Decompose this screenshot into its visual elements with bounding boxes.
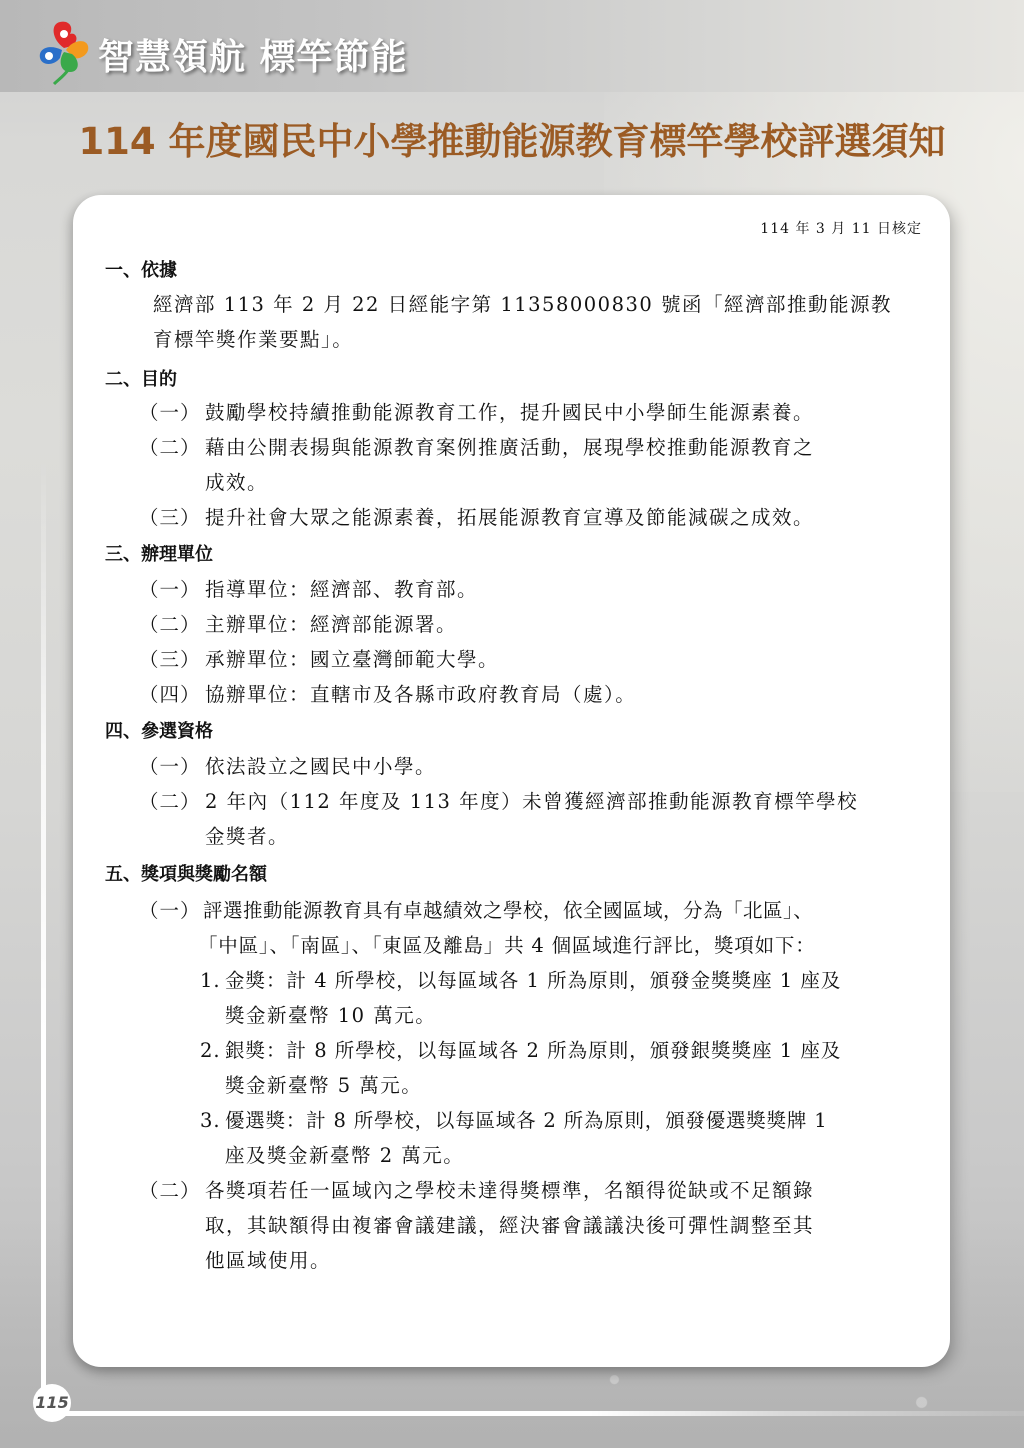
four-leaf-clover-logo-icon bbox=[34, 18, 94, 86]
award-number: 1. bbox=[200, 968, 221, 994]
item-text: 「中區」、「南區」、「東區及離島」共 4 個區域進行評比，獎項如下： bbox=[198, 933, 816, 959]
decorative-vertical-line bbox=[41, 460, 46, 1415]
item-label: （一） bbox=[139, 754, 201, 780]
page-title: 114 年度國民中小學推動能源教育標竿學校評選須知 bbox=[0, 116, 1024, 168]
award-text: 座及獎金新臺幣 2 萬元。 bbox=[225, 1143, 464, 1169]
item-text: 鼓勵學校持續推動能源教育工作，提升國民中小學師生能源素養。 bbox=[205, 400, 814, 426]
page-number: 115 bbox=[33, 1384, 71, 1422]
item-label: （二） bbox=[139, 612, 201, 638]
section-heading-awards: 五、獎項與獎勵名額 bbox=[105, 863, 267, 887]
approval-date: 114 年 3 月 11 日核定 bbox=[760, 218, 922, 238]
item-label: （一） bbox=[139, 400, 201, 426]
item-text: 評選推動能源教育具有卓越績效之學校，依全國區域，分為「北區」、 bbox=[203, 898, 813, 924]
award-text: 獎金新臺幣 10 萬元。 bbox=[225, 1003, 436, 1029]
item-text: 藉由公開表揚與能源教育案例推廣活動，展現學校推動能源教育之 bbox=[205, 435, 814, 461]
item-label: （二） bbox=[139, 789, 201, 815]
brand-slogan: 智慧領航 標竿節能 bbox=[98, 36, 408, 80]
item-text: 他區域使用。 bbox=[205, 1248, 331, 1274]
basis-text-line: 育標竿獎作業要點」。 bbox=[153, 327, 353, 353]
section-heading-basis: 一、依據 bbox=[105, 259, 177, 283]
section-heading-organizers: 三、辦理單位 bbox=[105, 543, 213, 567]
award-text: 優選獎：計 8 所學校，以每區域各 2 所為原則，頒發優選獎獎牌 1 bbox=[225, 1108, 827, 1134]
item-label: （二） bbox=[139, 1178, 201, 1204]
section-heading-eligibility: 四、參選資格 bbox=[105, 720, 213, 744]
item-label: （四） bbox=[139, 682, 201, 708]
item-text: 取，其缺額得由複審會議建議，經決審會議議決後可彈性調整至其 bbox=[205, 1213, 814, 1239]
item-label: （一） bbox=[139, 577, 201, 603]
section-heading-purpose: 二、目的 bbox=[105, 368, 177, 392]
decorative-horizontal-line bbox=[60, 1411, 1024, 1416]
item-label: （三） bbox=[139, 647, 201, 673]
document-card: 114 年 3 月 11 日核定 一、依據 經濟部 113 年 2 月 22 日… bbox=[73, 195, 950, 1367]
item-label: （三） bbox=[139, 505, 201, 531]
item-text: 主辦單位：經濟部能源署。 bbox=[205, 612, 457, 638]
item-text: 成效。 bbox=[205, 470, 268, 496]
award-text: 獎金新臺幣 5 萬元。 bbox=[225, 1073, 422, 1099]
award-number: 3. bbox=[200, 1108, 221, 1134]
item-text: 依法設立之國民中小學。 bbox=[205, 754, 436, 780]
item-text: 指導單位：經濟部、教育部。 bbox=[205, 577, 478, 603]
item-text: 各獎項若任一區域內之學校未達得獎標準，名額得從缺或不足額錄 bbox=[205, 1178, 814, 1204]
item-label: （一） bbox=[139, 898, 201, 924]
item-text: 承辦單位：國立臺灣師範大學。 bbox=[205, 647, 499, 673]
item-label: （二） bbox=[139, 435, 201, 461]
basis-text-line: 經濟部 113 年 2 月 22 日經能字第 11358000830 號函「經濟… bbox=[153, 292, 892, 318]
award-number: 2. bbox=[200, 1038, 221, 1064]
award-text: 金獎：計 4 所學校，以每區域各 1 所為原則，頒發金獎獎座 1 座及 bbox=[225, 968, 841, 994]
item-text: 提升社會大眾之能源素養，拓展能源教育宣導及節能減碳之成效。 bbox=[205, 505, 814, 531]
award-text: 銀獎：計 8 所學校，以每區域各 2 所為原則，頒發銀獎獎座 1 座及 bbox=[225, 1038, 841, 1064]
item-text: 協辦單位：直轄市及各縣市政府教育局（處）。 bbox=[205, 682, 636, 708]
item-text: 2 年內（112 年度及 113 年度）未曾獲經濟部推動能源教育標竿學校 bbox=[205, 789, 858, 815]
item-text: 金獎者。 bbox=[205, 824, 289, 850]
